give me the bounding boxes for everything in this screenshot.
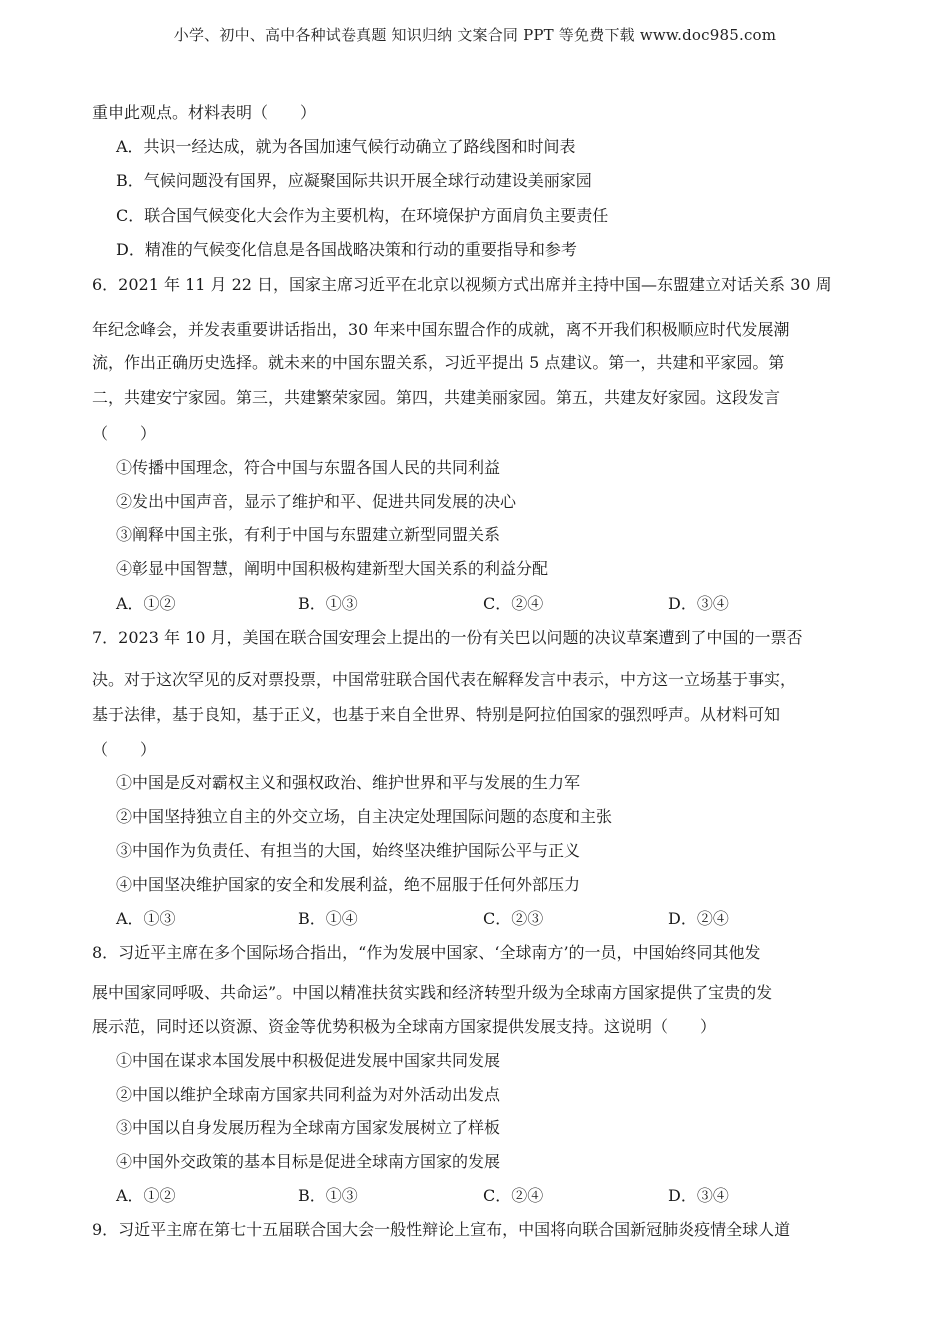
choice-d: D．③④ (668, 1186, 729, 1206)
answer-choices-row: A．①② B．①③ C．②④ D．③④ (116, 1186, 876, 1206)
statement-3: ③中国以自身发展历程为全球南方国家发展树立了样板 (116, 1118, 500, 1138)
statement-2: ②中国坚持独立自主的外交立场，自主决定处理国际问题的态度和主张 (116, 807, 612, 827)
answer-choices-row: A．①② B．①③ C．②④ D．③④ (116, 594, 876, 614)
question-stem-line: 9．习近平主席在第七十五届联合国大会一般性辩论上宣布，中国将向联合国新冠肺炎疫情… (92, 1220, 790, 1240)
answer-blank: （ ） (92, 424, 156, 444)
statement-4: ④中国坚决维护国家的安全和发展利益，绝不屈服于任何外部压力 (116, 875, 580, 895)
option-c: C．联合国气候变化大会作为主要机构，在环境保护方面肩负主要责任 (116, 206, 608, 226)
option-d: D．精准的气候变化信息是各国战略决策和行动的重要指导和参考 (116, 240, 577, 260)
question-stem-line: 决。对于这次罕见的反对票投票，中国常驻联合国代表在解释发言中表示，中方这一立场基… (92, 670, 796, 690)
question-stem-line: 年纪念峰会，并发表重要讲话指出，30 年来中国东盟合作的成就，离不开我们积极顺应… (92, 320, 789, 340)
statement-4: ④彰显中国智慧，阐明中国积极构建新型大国关系的利益分配 (116, 559, 548, 579)
choice-c: C．②③ (483, 909, 543, 929)
question-stem-line: 二，共建安宁家园。第三，共建繁荣家园。第四，共建美丽家园。第五，共建友好家园。这… (92, 388, 780, 408)
choice-d: D．③④ (668, 594, 729, 614)
choice-a: A．①③ (116, 909, 176, 929)
question-stem-line: 展示范，同时还以资源、资金等优势积极为全球南方国家提供发展支持。这说明（ ） (92, 1017, 716, 1037)
statement-1: ①中国是反对霸权主义和强权政治、维护世界和平与发展的生力军 (116, 773, 580, 793)
choice-d: D．②④ (668, 909, 729, 929)
option-b: B．气候问题没有国界，应凝聚国际共识开展全球行动建设美丽家园 (116, 171, 592, 191)
question-stem-line: 重申此观点。材料表明（ ） (92, 103, 316, 123)
choice-a: A．①② (116, 594, 176, 614)
option-a: A．共识一经达成，就为各国加速气候行动确立了路线图和时间表 (116, 137, 576, 157)
choice-c: C．②④ (483, 1186, 543, 1206)
choice-b: B．①③ (298, 594, 358, 614)
statement-1: ①传播中国理念，符合中国与东盟各国人民的共同利益 (116, 458, 500, 478)
page-header-banner: 小学、初中、高中各种试卷真题 知识归纳 文案合同 PPT 等免费下载 www.d… (0, 24, 950, 45)
choice-b: B．①④ (298, 909, 358, 929)
statement-3: ③中国作为负责任、有担当的大国，始终坚决维护国际公平与正义 (116, 841, 580, 861)
statement-2: ②中国以维护全球南方国家共同利益为对外活动出发点 (116, 1085, 500, 1105)
statement-2: ②发出中国声音，显示了维护和平、促进共同发展的决心 (116, 492, 516, 512)
statement-4: ④中国外交政策的基本目标是促进全球南方国家的发展 (116, 1152, 500, 1172)
choice-a: A．①② (116, 1186, 176, 1206)
question-stem-line: 基于法律，基于良知，基于正义，也基于来自全世界、特别是阿拉伯国家的强烈呼声。从材… (92, 705, 780, 725)
choice-b: B．①③ (298, 1186, 358, 1206)
question-stem-line: 展中国家同呼吸、共命运”。中国以精准扶贫实践和经济转型升级为全球南方国家提供了宝… (92, 983, 772, 1003)
question-stem-line: 6．2021 年 11 月 22 日，国家主席习近平在北京以视频方式出席并主持中… (92, 275, 832, 295)
question-stem-line: 流，作出正确历史选择。就未来的中国东盟关系，习近平提出 5 点建议。第一，共建和… (92, 353, 784, 373)
question-stem-line: 7．2023 年 10 月，美国在联合国安理会上提出的一份有关巴以问题的决议草案… (92, 628, 803, 648)
statement-1: ①中国在谋求本国发展中积极促进发展中国家共同发展 (116, 1051, 500, 1071)
statement-3: ③阐释中国主张，有利于中国与东盟建立新型同盟关系 (116, 525, 500, 545)
answer-blank: （ ） (92, 740, 156, 760)
answer-choices-row: A．①③ B．①④ C．②③ D．②④ (116, 909, 876, 929)
choice-c: C．②④ (483, 594, 543, 614)
question-stem-line: 8．习近平主席在多个国际场合指出，“作为发展中国家、‘全球南方’的一员，中国始终… (92, 943, 761, 963)
